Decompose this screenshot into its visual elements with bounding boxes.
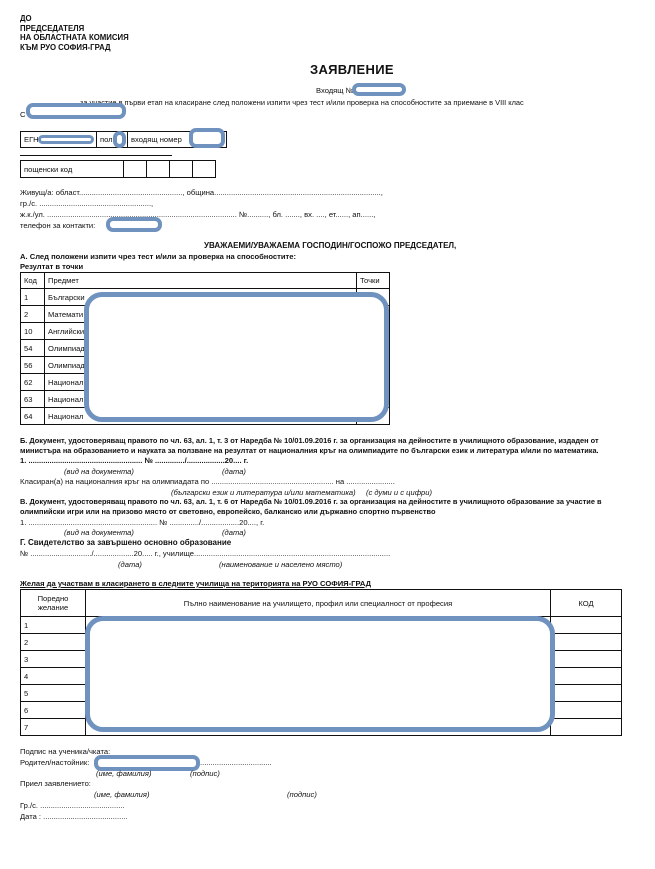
incoming-number-label: входящ номер <box>131 135 182 144</box>
section-v-date-hint: (дата) <box>222 528 246 537</box>
section-b-doc-hint: (вид на документа) <box>64 467 134 476</box>
row-order: 3 <box>21 651 86 668</box>
row-code[interactable] <box>551 702 622 719</box>
row-code[interactable] <box>551 617 622 634</box>
section-b-subject-hint: (български език и литература и/или матем… <box>171 488 356 497</box>
section-b-text-1: Б. Документ, удостоверяващ правото по чл… <box>20 436 599 445</box>
row-code: 10 <box>21 323 45 340</box>
row-code[interactable] <box>551 668 622 685</box>
addressee-line: КЪМ РУО СОФИЯ-ГРАД <box>20 43 129 53</box>
purpose-text: за участие в първи етап на класиране сле… <box>80 98 524 107</box>
received-name-hint: (име, фамилия) <box>94 790 150 799</box>
row-code[interactable] <box>551 634 622 651</box>
row-code: 63 <box>21 391 45 408</box>
row-code: 62 <box>21 374 45 391</box>
addressee-block: ДО ПРЕДСЕДАТЕЛЯ НА ОБЛАСТНАТА КОМИСИЯ КЪ… <box>20 14 129 52</box>
egn-label: ЕГН <box>24 135 39 144</box>
section-b-line: 1. .....................................… <box>20 456 248 465</box>
results-redaction <box>84 292 389 422</box>
divider <box>20 155 172 156</box>
salutation: УВАЖАЕМИ/УВАЖАЕМА ГОСПОДИН/ГОСПОЖО ПРЕДС… <box>204 241 456 250</box>
student-signature-label: Подпис на ученика/чката: <box>20 747 110 756</box>
row-code: 2 <box>21 306 45 323</box>
parent-name-hint: (име, фамилия) <box>96 769 152 778</box>
residence-line-2: гр./с. .................................… <box>20 199 153 208</box>
incoming-number-value[interactable] <box>189 128 225 148</box>
section-b-words-hint: (с думи и с цифри) <box>366 488 432 497</box>
col-header-code: КОД <box>551 590 622 617</box>
row-order: 4 <box>21 668 86 685</box>
egn-field[interactable] <box>38 135 94 144</box>
col-header-order: Поредно желание <box>21 590 86 617</box>
row-code: 64 <box>21 408 45 425</box>
section-a-subheading: Резултат в точки <box>20 262 83 271</box>
postal-code-digit[interactable] <box>124 161 147 178</box>
postal-code-table: пощенски код <box>20 160 216 178</box>
schools-redaction <box>85 616 555 732</box>
schools-heading: Желая да участвам в класирането в следни… <box>20 579 371 588</box>
section-v-text-2: олимпийски игри или на призово място от … <box>20 507 435 516</box>
section-v-doc-hint: (вид на документа) <box>64 528 134 537</box>
phone-label: телефон за контакти: <box>20 221 95 230</box>
from-prefix: С <box>20 110 25 119</box>
row-order: 7 <box>21 719 86 736</box>
section-g-heading: Г. Свидетелство за завършено основно обр… <box>20 538 231 547</box>
section-v-text-1: В. Документ, удостоверяващ правото по чл… <box>20 497 602 506</box>
received-sign-hint: (подпис) <box>287 790 317 799</box>
row-order: 6 <box>21 702 86 719</box>
addressee-line: ДО <box>20 14 129 24</box>
parent-sign-hint: (подпис) <box>190 769 220 778</box>
addressee-line: НА ОБЛАСТНАТА КОМИСИЯ <box>20 33 129 43</box>
col-header-subject: Предмет <box>45 273 357 289</box>
received-label: Приел заявлението: <box>20 779 91 788</box>
col-header-points: Точки <box>357 273 390 289</box>
section-a-heading: А. След положени изпити чрез тест и/или … <box>20 252 296 261</box>
postal-code-digit[interactable] <box>170 161 193 178</box>
residence-line-1: Живущ/а: област.........................… <box>20 188 383 197</box>
row-code: 1 <box>21 289 45 306</box>
row-order: 5 <box>21 685 86 702</box>
section-b-ranked-line: Класиран(а) на националния кръг на олимп… <box>20 477 395 486</box>
row-code: 56 <box>21 357 45 374</box>
parent-label: Родител/настойник: <box>20 758 89 767</box>
section-v-line: 1. .....................................… <box>20 518 264 527</box>
col-header-school: Пълно наименование на училището, профил … <box>86 590 551 617</box>
residence-line-3: ж.к./ул. ...............................… <box>20 210 375 219</box>
postal-code-label: пощенски код <box>21 161 124 178</box>
page-title: ЗАЯВЛЕНИЕ <box>310 62 394 77</box>
postal-code-digit[interactable] <box>193 161 216 178</box>
section-b-date-hint: (дата) <box>222 467 246 476</box>
col-header-code: Код <box>21 273 45 289</box>
incoming-number-field[interactable] <box>352 83 406 96</box>
date-line: Дата : .................................… <box>20 812 128 821</box>
row-order: 1 <box>21 617 86 634</box>
city-line: Гр./с. .................................… <box>20 801 125 810</box>
row-code[interactable] <box>551 719 622 736</box>
row-code[interactable] <box>551 685 622 702</box>
gender-label: пол <box>100 135 113 144</box>
gender-field[interactable] <box>113 131 126 148</box>
incoming-label: Входящ № <box>316 86 354 95</box>
section-g-date-hint: (дата) <box>118 560 142 569</box>
section-g-school-hint: (наименование и населено място) <box>219 560 342 569</box>
row-code[interactable] <box>551 651 622 668</box>
row-order: 2 <box>21 634 86 651</box>
postal-code-digit[interactable] <box>147 161 170 178</box>
addressee-line: ПРЕДСЕДАТЕЛЯ <box>20 24 129 34</box>
section-g-line: № ............................./........… <box>20 549 390 558</box>
parent-signature-dots: .................................. <box>200 758 272 767</box>
row-code: 54 <box>21 340 45 357</box>
applicant-name-field[interactable] <box>26 103 126 119</box>
section-b-text-2: министъра на образованието и науката за … <box>20 446 599 455</box>
phone-field[interactable] <box>106 217 162 232</box>
